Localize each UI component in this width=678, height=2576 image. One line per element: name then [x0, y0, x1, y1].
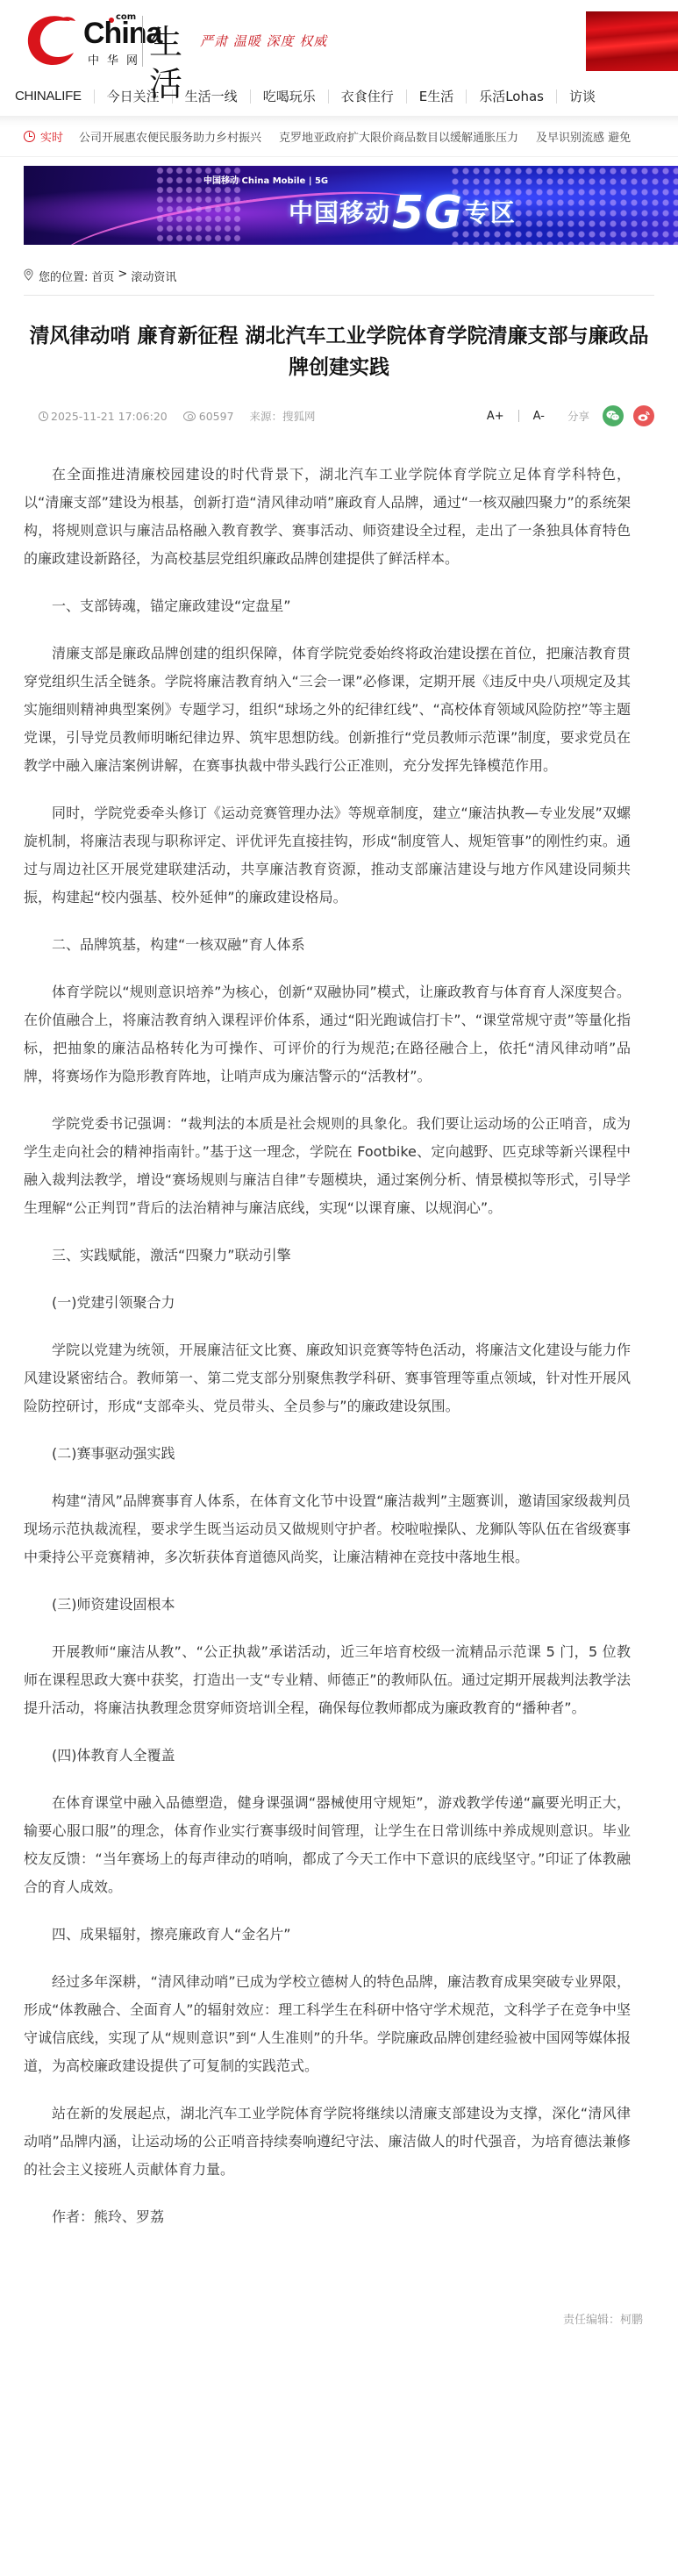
ad-title-post: 专区	[465, 198, 516, 227]
site-slogan: 严肃 温暖 深度 权威	[200, 32, 327, 50]
paragraph: 学院党委书记强调：“裁判法的本质是社会规则的具象化。我们要让运动场的公正哨音，成…	[24, 1110, 631, 1222]
breadcrumb-news[interactable]: 滚动资讯	[131, 268, 176, 284]
nav-item-living[interactable]: 衣食住行	[329, 88, 406, 105]
paragraph: 开展教师“廉洁从教”、“公正执裁”承诺活动，近三年培育校级一流精品示范课 5 门…	[24, 1638, 631, 1722]
ticker-item[interactable]: 及早识别流感 避免	[536, 128, 631, 145]
section-heading: 一、支部铸魂，锚定廉政建设“定盘星”	[24, 592, 631, 620]
site-logo[interactable]: com China 中华网 生活	[25, 12, 165, 68]
ad-title-5g: 5G	[392, 187, 463, 240]
responsible-editor: 责任编辑：柯鹏	[0, 2310, 643, 2327]
paragraph: 学院以党建为统领，开展廉洁征文比赛、廉政知识竞赛等特色活动，将廉洁文化建设与能力…	[24, 1336, 631, 1420]
article-tools: A+ A- 分享	[487, 405, 654, 426]
live-ticker: 实时 公司开展惠农便民服务助力乡村振兴 克罗地亚政府扩大限价商品数目以缓解通胀压…	[0, 116, 678, 156]
clock-icon	[24, 131, 35, 142]
location-pin-icon	[24, 268, 33, 281]
nav-item-frontline[interactable]: 生活一线	[173, 88, 250, 105]
section-heading: 四、成果辐射，擦亮廉政育人“金名片”	[24, 1921, 631, 1949]
paragraph: 经过多年深耕，“清风律动哨”已成为学校立德树人的特色品牌，廉洁教育成果突破专业界…	[24, 1968, 631, 2080]
subsection-heading: (三)师资建设固根本	[24, 1591, 631, 1619]
paragraph: 体育学院以“规则意识培养”为核心，创新“双融协同”模式，让廉政教育与体育育人深度…	[24, 978, 631, 1091]
article-author: 作者：熊玲、罗荔	[24, 2203, 631, 2231]
subsection-heading: (四)体教育人全覆盖	[24, 1742, 631, 1770]
ticker-list: 公司开展惠农便民服务助力乡村振兴 克罗地亚政府扩大限价商品数目以缓解通胀压力 及…	[79, 128, 648, 145]
main-nav: CHINALIFE 今日关注 生活一线 吃喝玩乐 衣食住行 E生活 乐活Loha…	[0, 77, 678, 116]
article-source: 来源：搜狐网	[250, 408, 316, 424]
header-banner-image[interactable]	[586, 11, 678, 71]
article-meta: 2025-11-21 17:06:20 60597 来源：搜狐网 A+ A- 分…	[39, 404, 654, 427]
nav-item-today[interactable]: 今日关注	[95, 88, 172, 105]
share-label: 分享	[567, 408, 589, 424]
nav-item-lohas[interactable]: 乐活Lohas	[467, 88, 556, 105]
logo-divider	[142, 16, 143, 67]
logo-c-icon	[25, 12, 79, 68]
ad-brand: 中国移动 China Mobile | 5G	[203, 173, 328, 186]
section-heading: 二、品牌筑基，构建“一核双融”育人体系	[24, 931, 631, 959]
site-header: com China 中华网 生活 严肃 温暖 深度 权威	[0, 0, 678, 77]
ticker-label: 实时	[40, 128, 63, 145]
breadcrumb-separator: >	[118, 268, 127, 281]
logo-chinese: 中华网	[88, 51, 146, 68]
paragraph: 在体育课堂中融入品德塑造，健身课强调“器械使用守规矩”，游戏教学传递“赢要光明正…	[24, 1789, 631, 1901]
breadcrumb-home[interactable]: 首页	[91, 268, 114, 284]
nav-item-elife[interactable]: E生活	[407, 88, 466, 105]
section-heading: 三、实践赋能，激活“四聚力”联动引擎	[24, 1241, 631, 1270]
ticker-item[interactable]: 公司开展惠农便民服务助力乡村振兴	[79, 128, 261, 145]
tools-divider	[518, 410, 519, 422]
paragraph: 构建“清风”品牌赛事育人体系，在体育文化节中设置“廉洁裁判”主题赛训，邀请国家级…	[24, 1487, 631, 1571]
view-count: 60597	[183, 410, 234, 423]
ticker-item[interactable]: 克罗地亚政府扩大限价商品数目以缓解通胀压力	[279, 128, 518, 145]
nav-item-interview[interactable]: 访谈	[557, 88, 608, 105]
share-weibo-button[interactable]	[633, 405, 654, 426]
article-title: 清风律动哨 廉育新征程 湖北汽车工业学院体育学院清廉支部与廉政品牌创建实践	[24, 320, 654, 383]
breadcrumb-prefix: 您的位置:	[39, 268, 88, 284]
article-body: 在全面推进清廉校园建设的时代背景下，湖北汽车工业学院体育学院立足体育学科特色，以…	[24, 461, 631, 2231]
subsection-heading: (二)赛事驱动强实践	[24, 1440, 631, 1468]
font-decrease-button[interactable]: A-	[533, 410, 545, 423]
publish-time: 2025-11-21 17:06:20	[39, 410, 168, 423]
clock-icon	[39, 411, 48, 421]
nav-item-chinalife[interactable]: CHINALIFE	[15, 88, 94, 105]
paragraph: 站在新的发展起点，湖北汽车工业学院体育学院将继续以清廉支部建设为支撑，深化“清风…	[24, 2100, 631, 2184]
share-wechat-button[interactable]	[603, 405, 624, 426]
wechat-icon	[606, 410, 620, 422]
weibo-icon	[637, 410, 651, 422]
nav-item-entertainment[interactable]: 吃喝玩乐	[251, 88, 328, 105]
paragraph-intro: 在全面推进清廉校园建设的时代背景下，湖北汽车工业学院体育学院立足体育学科特色，以…	[24, 461, 631, 573]
breadcrumb: 您的位置: 首页 > 滚动资讯	[24, 268, 654, 296]
view-count-value: 60597	[199, 410, 234, 423]
publish-datetime: 2025-11-21 17:06:20	[51, 410, 168, 423]
paragraph: 清廉支部是廉政品牌创建的组织保障，体育学院党委始终将政治建设摆在首位，把廉洁教育…	[24, 640, 631, 780]
font-increase-button[interactable]: A+	[487, 410, 504, 423]
ad-banner-china-mobile-5g[interactable]: 中国移动 China Mobile | 5G 中国移动5G专区	[24, 166, 678, 245]
ad-title: 中国移动5G专区	[289, 187, 516, 240]
paragraph: 同时，学院党委牵头修订《运动竞赛管理办法》等规章制度，建立“廉洁执教—专业发展”…	[24, 799, 631, 912]
views-icon	[183, 411, 196, 421]
subsection-heading: (一)党建引领聚合力	[24, 1289, 631, 1317]
divider	[0, 156, 678, 157]
ad-title-pre: 中国移动	[289, 198, 390, 227]
